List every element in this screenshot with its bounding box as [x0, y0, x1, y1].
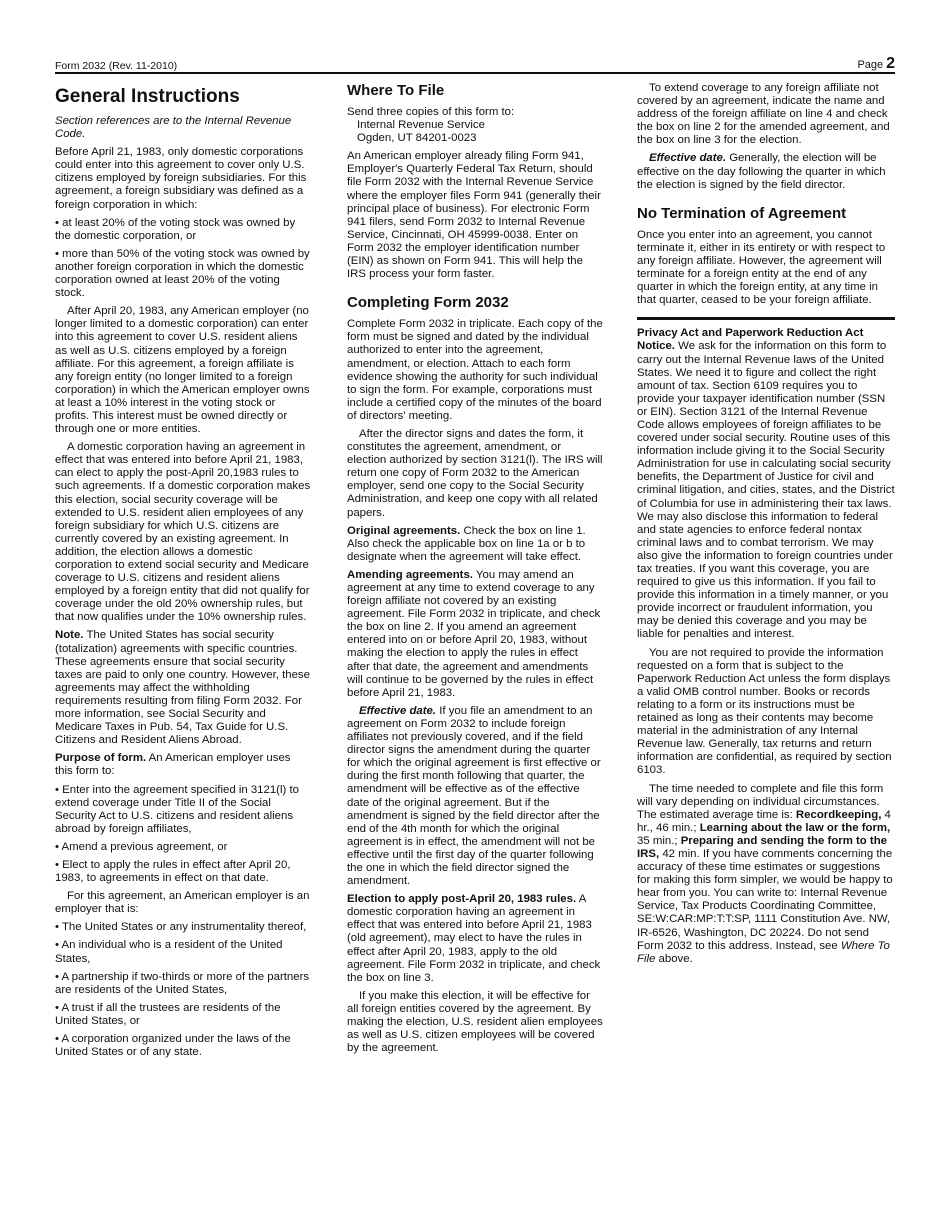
election-paragraph-2: If you make this election, it will be ef… [347, 990, 603, 1055]
privacy-act-text: We ask for the information on this form … [637, 340, 895, 640]
effective-date-paragraph: Effective date. If you file an amendment… [347, 705, 603, 888]
amending-agreements-paragraph: Amending agreements. You may amend an ag… [347, 569, 603, 700]
election-paragraph: Election to apply post-April 20, 1983 ru… [347, 893, 603, 985]
section-references-note: Section references are to the Internal R… [55, 115, 311, 141]
note-label: Note. [55, 629, 83, 641]
where-to-file-intro: Send three copies of this form to: [347, 106, 603, 119]
where-to-file-paragraph: An American employer already filing Form… [347, 150, 603, 281]
learning-value: 35 min.; [637, 835, 681, 847]
general-instructions-heading: General Instructions [55, 86, 311, 108]
purpose-bullet: • Enter into the agreement specified in … [55, 784, 311, 836]
time-estimate-paragraph: The time needed to complete and file thi… [637, 783, 895, 966]
original-agreements-paragraph: Original agreements. Check the box on li… [347, 525, 603, 564]
where-to-file-heading: Where To File [347, 82, 603, 100]
address-line-2: Ogden, UT 84201-0023 [357, 132, 603, 145]
comments-text: If you have comments concerning the accu… [637, 848, 893, 952]
page-number: 2 [886, 55, 895, 72]
column-filing-and-completing: Where To File Send three copies of this … [347, 82, 603, 1060]
learning-label: Learning about the law or the form, [700, 822, 891, 834]
amending-agreements-label: Amending agreements. [347, 569, 473, 581]
election-effective-date-paragraph: Effective date. Generally, the election … [637, 152, 895, 191]
election-text: A domestic corporation having an agreeme… [347, 893, 600, 984]
bullet-50-percent: • more than 50% of the voting stock was … [55, 248, 311, 300]
employer-definition-intro: For this agreement, an American employer… [55, 890, 311, 916]
extend-coverage-paragraph: To extend coverage to any foreign affili… [637, 82, 895, 147]
employer-bullet: • A corporation organized under the laws… [55, 1033, 311, 1059]
employer-bullet: • An individual who is a resident of the… [55, 939, 311, 965]
note-text: The United States has social security (t… [55, 629, 310, 746]
page-indicator: Page 2 [857, 56, 895, 72]
comments-end: above. [655, 953, 692, 965]
recordkeeping-label: Recordkeeping, [796, 809, 881, 821]
paragraph-domestic-election: A domestic corporation having an agreeme… [55, 441, 311, 624]
column-general-instructions: General Instructions Section references … [55, 86, 311, 1064]
original-agreements-label: Original agreements. [347, 525, 460, 537]
preparing-value: 42 min. [659, 848, 700, 860]
completing-paragraph-1: Complete Form 2032 in triplicate. Each c… [347, 318, 603, 423]
irs-address: Internal Revenue Service Ogden, UT 84201… [347, 119, 603, 145]
no-termination-paragraph: Once you enter into an agreement, you ca… [637, 229, 895, 308]
amending-agreements-text: You may amend an agreement at any time t… [347, 569, 600, 699]
paperwork-reduction-paragraph: You are not required to provide the info… [637, 647, 895, 778]
effective-date-text: If you file an amendment to an agreement… [347, 705, 601, 887]
note-paragraph: Note. The United States has social secur… [55, 629, 311, 747]
page-label: Page [857, 59, 883, 71]
purpose-bullet: • Elect to apply the rules in effect aft… [55, 859, 311, 885]
employer-bullet: • The United States or any instrumentali… [55, 921, 311, 934]
address-line-1: Internal Revenue Service [357, 119, 603, 132]
effective-date-label: Effective date. [359, 705, 436, 717]
completing-paragraph-2: After the director signs and dates the f… [347, 428, 603, 520]
effective-date-label: Effective date. [649, 152, 726, 164]
paragraph-after-1983: After April 20, 1983, any American emplo… [55, 305, 311, 436]
election-label: Election to apply post-April 20, 1983 ru… [347, 893, 576, 905]
paragraph-before-1983: Before April 21, 1983, only domestic cor… [55, 146, 311, 211]
no-termination-heading: No Termination of Agreement [637, 205, 895, 223]
column-termination-and-privacy: To extend coverage to any foreign affili… [637, 82, 895, 971]
privacy-act-paragraph: Privacy Act and Paperwork Reduction Act … [637, 327, 895, 641]
purpose-bullet: • Amend a previous agreement, or [55, 841, 311, 854]
employer-bullet: • A partnership if two-thirds or more of… [55, 971, 311, 997]
page-header: Form 2032 (Rev. 11-2010) Page 2 [55, 54, 895, 74]
employer-bullet: • A trust if all the trustees are reside… [55, 1002, 311, 1028]
form-revision-label: Form 2032 (Rev. 11-2010) [55, 60, 177, 72]
purpose-paragraph: Purpose of form. An American employer us… [55, 752, 311, 778]
bullet-20-percent: • at least 20% of the voting stock was o… [55, 217, 311, 243]
section-divider [637, 317, 895, 320]
purpose-label: Purpose of form. [55, 752, 146, 764]
completing-form-heading: Completing Form 2032 [347, 294, 603, 312]
